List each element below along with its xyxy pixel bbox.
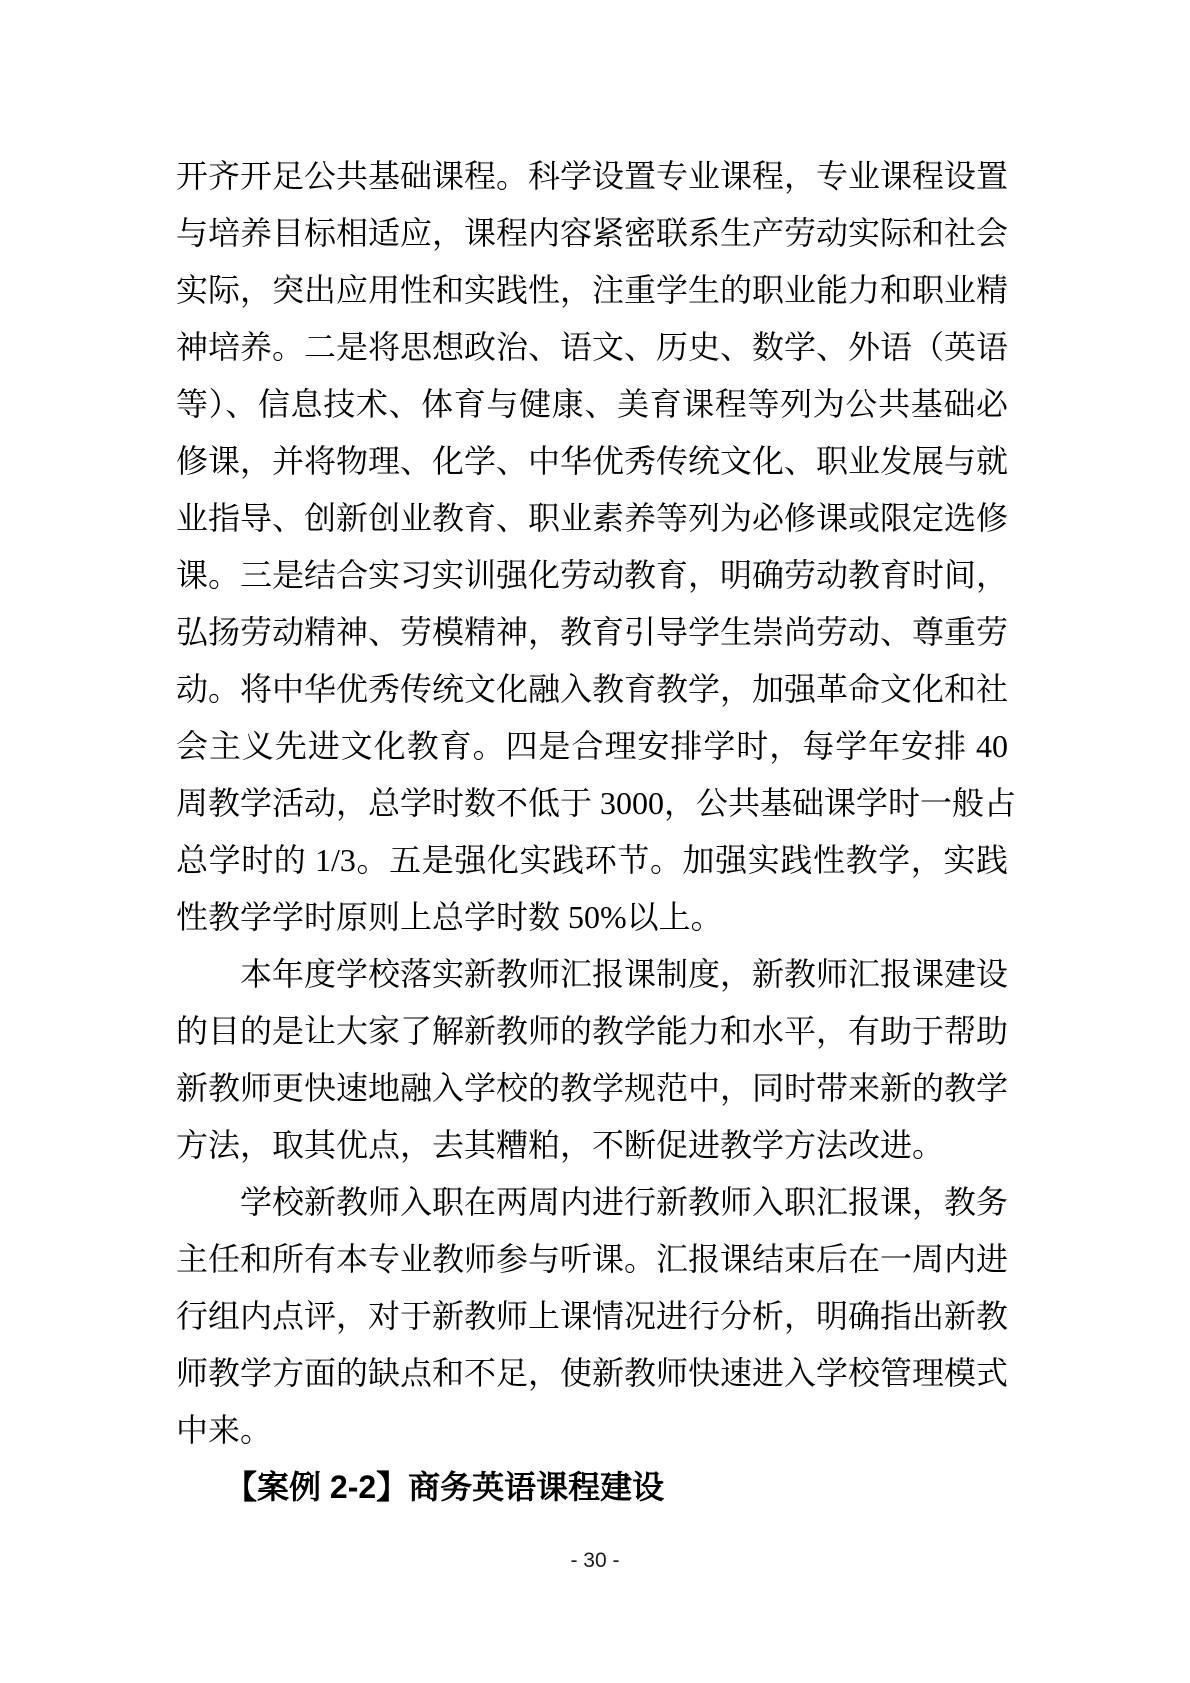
text-line: 实际，突出应用性和实践性，注重学生的职业能力和职业精 [176, 262, 1008, 319]
text-line: 师教学方面的缺点和不足，使新教师快速进入学校管理模式 [176, 1345, 1008, 1402]
document-page: 开齐开足公共基础课程。科学设置专业课程，专业课程设置与培养目标相适应，课程内容紧… [0, 0, 1190, 1683]
text-line: 行组内点评，对于新教师上课情况进行分析，明确指出新教 [176, 1288, 1008, 1345]
text-line: 性教学学时原则上总学时数 50%以上。 [176, 889, 1008, 946]
text-line: 业指导、创新创业教育、职业素养等列为必修课或限定选修 [176, 490, 1008, 547]
text-line: 与培养目标相适应，课程内容紧密联系生产劳动实际和社会 [176, 205, 1008, 262]
text-line: 神培养。二是将思想政治、语文、历史、数学、外语（英语 [176, 319, 1008, 376]
body-text: 开齐开足公共基础课程。科学设置专业课程，专业课程设置与培养目标相适应，课程内容紧… [176, 148, 1008, 1516]
text-line: 学校新教师入职在两周内进行新教师入职汇报课，教务 [176, 1174, 1008, 1231]
text-line: 修课，并将物理、化学、中华优秀传统文化、职业发展与就 [176, 433, 1008, 490]
text-line: 方法，取其优点，去其糟粕，不断促进教学方法改进。 [176, 1117, 1008, 1174]
text-line: 新教师更快速地融入学校的教学规范中，同时带来新的教学 [176, 1060, 1008, 1117]
page-number: - 30 - [0, 1549, 1190, 1573]
case-heading: 【案例 2-2】商务英语课程建设 [176, 1459, 1008, 1516]
text-line: 动。将中华优秀传统文化融入教育教学，加强革命文化和社 [176, 661, 1008, 718]
text-line: 本年度学校落实新教师汇报课制度，新教师汇报课建设 [176, 946, 1008, 1003]
text-line: 周教学活动，总学时数不低于 3000，公共基础课学时一般占 [176, 775, 1008, 832]
text-line: 弘扬劳动精神、劳模精神，教育引导学生崇尚劳动、尊重劳 [176, 604, 1008, 661]
text-line: 等）、信息技术、体育与健康、美育课程等列为公共基础必 [176, 376, 1008, 433]
text-line: 开齐开足公共基础课程。科学设置专业课程，专业课程设置 [176, 148, 1008, 205]
text-line: 中来。 [176, 1402, 1008, 1459]
text-line: 总学时的 1/3。五是强化实践环节。加强实践性教学，实践 [176, 832, 1008, 889]
text-line: 会主义先进文化教育。四是合理安排学时，每学年安排 40 [176, 718, 1008, 775]
text-line: 的目的是让大家了解新教师的教学能力和水平，有助于帮助 [176, 1003, 1008, 1060]
text-line: 主任和所有本专业教师参与听课。汇报课结束后在一周内进 [176, 1231, 1008, 1288]
text-line: 课。三是结合实习实训强化劳动教育，明确劳动教育时间， [176, 547, 1008, 604]
